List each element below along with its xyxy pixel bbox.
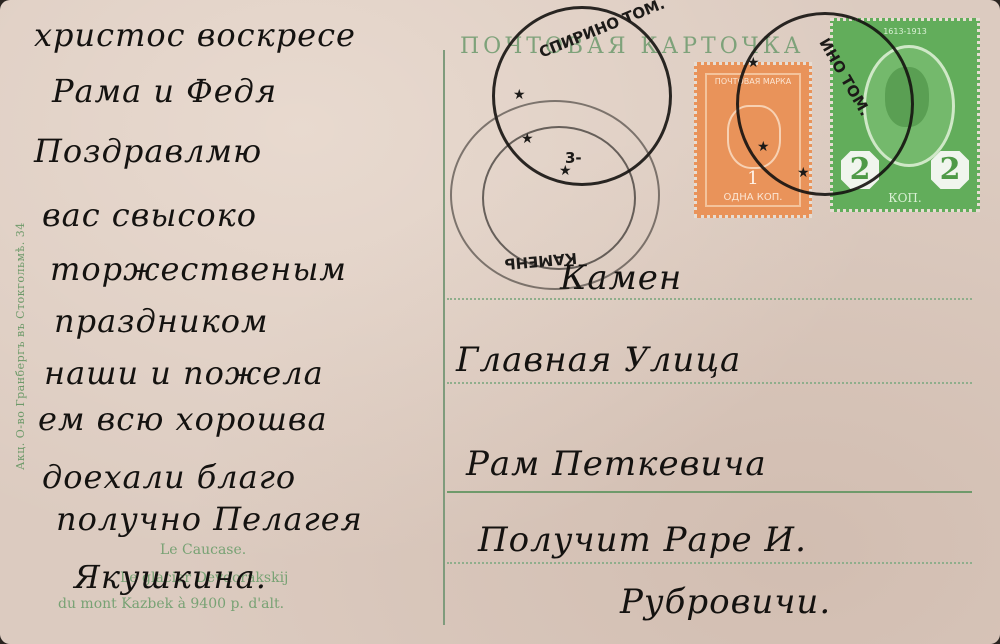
message-line: доехали благо	[42, 458, 296, 496]
address-line-4	[447, 562, 972, 564]
publisher-imprint: Акц. О-во Гранбергъ въ Стокгольмѣ. 34	[14, 222, 27, 470]
message-line: Поздравлмю	[34, 132, 262, 170]
stamp-label: ОДНА КОП.	[697, 192, 809, 203]
star-icon: ★	[747, 55, 760, 72]
message-signature: Якушкина.	[74, 558, 267, 596]
postmark-stamp-cancel: ИНО ТОМ. ★ ★ ★	[736, 12, 914, 196]
message-line: праздником	[54, 302, 269, 340]
address-street: Главная Улица	[456, 340, 741, 380]
star-icon: ★	[757, 139, 770, 156]
message-line: Рама и Федя	[52, 72, 277, 110]
message-line: получно Пелагея	[56, 500, 363, 538]
address-divider-line	[443, 50, 445, 625]
address-line-1	[447, 298, 972, 300]
message-line: вас свысоко	[42, 196, 257, 234]
star-icon: ★	[797, 165, 810, 182]
caption-line-1: Le Caucase.	[160, 542, 246, 558]
message-line: ем всю хорошва	[38, 400, 328, 438]
postmark-inner-ring	[482, 126, 636, 270]
address-line-2	[447, 382, 972, 384]
address-line-3	[447, 491, 972, 493]
address-recipient: Получит Раре И.	[478, 520, 807, 560]
postmark-text: ИНО ТОМ.	[815, 35, 874, 119]
address-recipient-surname: Рубровичи.	[620, 582, 831, 622]
caption-line-3: du mont Kazbek à 9400 p. d'alt.	[58, 596, 284, 612]
message-line: христос воскресе	[34, 16, 356, 54]
message-line: торжественым	[50, 250, 347, 288]
message-line: наши и пожела	[44, 354, 324, 392]
postmark-text: СПИРИНО ТОМ.	[537, 0, 668, 61]
address-house: Рам Петкевича	[466, 444, 767, 484]
postcard-back: ПОЧТОВАЯ КАРТОЧКА Акц. О-во Гранбергъ въ…	[0, 0, 1000, 644]
star-icon: ★	[513, 87, 526, 104]
stamp-label: КОП.	[833, 191, 977, 205]
postmark-kamen: КАМЕНЬ	[450, 100, 660, 290]
stamp-value-right: 2	[931, 151, 969, 189]
